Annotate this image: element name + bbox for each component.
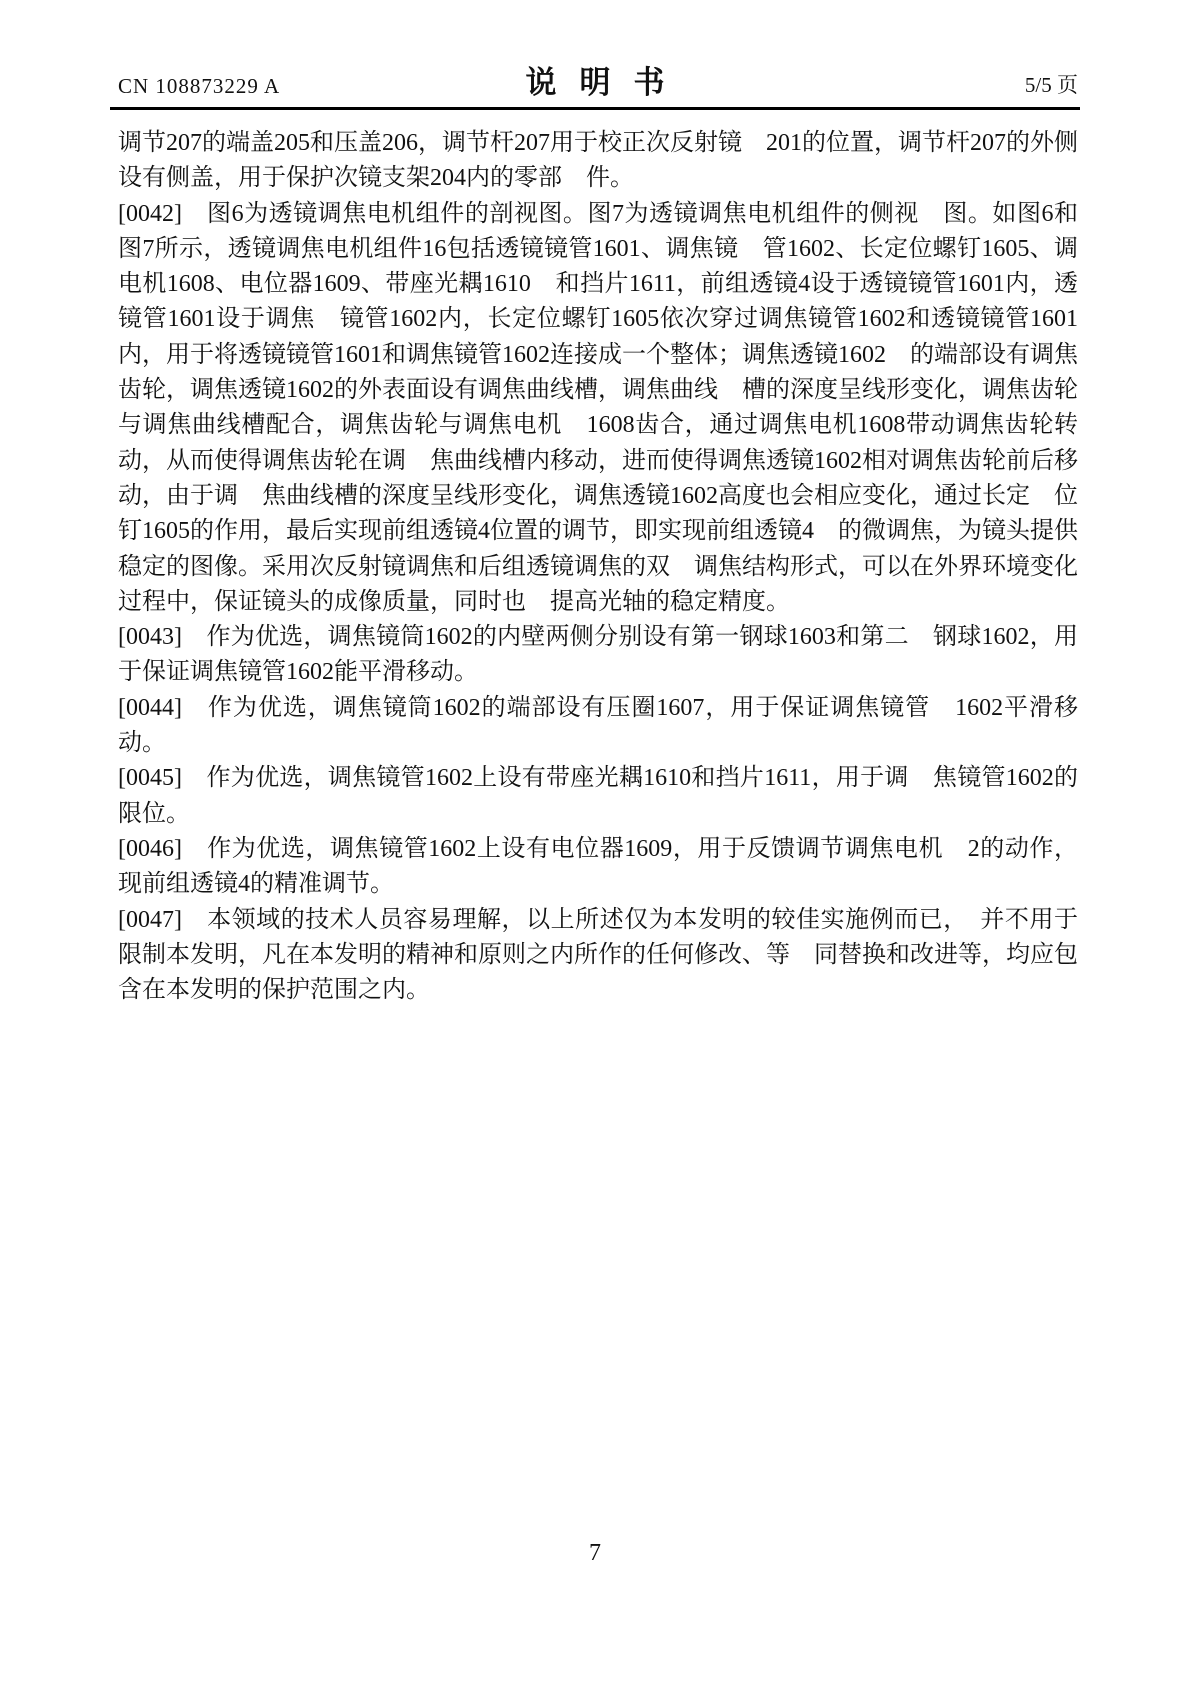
document-body: 调节207的端盖205和压盖206，调节杆207用于校正次反射镜 201的位置，… bbox=[118, 126, 1078, 1008]
text-line: 设有侧盖，用于保护次镜支架204内的零部 件。 bbox=[118, 161, 1078, 196]
page-footer: 7 bbox=[0, 1540, 1190, 1567]
text-line: 电机1608、电位器1609、带座光耦1610 和挡片1611，前组透镜4设于透… bbox=[118, 267, 1078, 302]
header-rule bbox=[110, 107, 1080, 110]
text-line: 钉1605的作用，最后实现前组透镜4位置的调节，即实现前组透镜4 的微调焦，为镜… bbox=[118, 514, 1078, 549]
text-line: [0042] 图6为透镜调焦电机组件的剖视图。图7为透镜调焦电机组件的侧视 图。… bbox=[118, 197, 1078, 232]
text-line: [0046] 作为优选，调焦镜管1602上设有电位器1609，用于反馈调节调焦电… bbox=[118, 832, 1078, 867]
paragraph-0047: [0047] 本领域的技术人员容易理解，以上所述仅为本发明的较佳实施例而已， 并… bbox=[118, 903, 1078, 1009]
text-line: 镜管1601设于调焦 镜管1602内，长定位螺钉1605依次穿过调焦镜管1602… bbox=[118, 302, 1078, 337]
text-line: 齿轮，调焦透镜1602的外表面设有调焦曲线槽，调焦曲线 槽的深度呈线形变化，调焦… bbox=[118, 373, 1078, 408]
text-line: [0044] 作为优选，调焦镜筒1602的端部设有压圈1607，用于保证调焦镜管… bbox=[118, 691, 1078, 726]
page-header: CN 108873229 A 说明书 5/5 页 bbox=[110, 60, 1080, 102]
patent-page: CN 108873229 A 说明书 5/5 页 调节207的端盖205和压盖2… bbox=[0, 0, 1190, 1684]
text-line: 现前组透镜4的精准调节。 bbox=[118, 867, 1078, 902]
text-line: 过程中，保证镜头的成像质量，同时也 提高光轴的稳定精度。 bbox=[118, 585, 1078, 620]
page-number: 7 bbox=[589, 1540, 601, 1566]
document-title: 说明书 bbox=[110, 57, 1080, 102]
paragraph-0042: [0042] 图6为透镜调焦电机组件的剖视图。图7为透镜调焦电机组件的侧视 图。… bbox=[118, 197, 1078, 621]
paragraph-0043: [0043] 作为优选，调焦镜筒1602的内壁两侧分别设有第一钢球1603和第二… bbox=[118, 620, 1078, 691]
text-line: 图7所示，透镜调焦电机组件16包括透镜镜管1601、调焦镜 管1602、长定位螺… bbox=[118, 232, 1078, 267]
text-line: 与调焦曲线槽配合，调焦齿轮与调焦电机 1608齿合，通过调焦电机1608带动调焦… bbox=[118, 408, 1078, 443]
text-line: 动。 bbox=[118, 726, 1078, 761]
paragraph-0044: [0044] 作为优选，调焦镜筒1602的端部设有压圈1607，用于保证调焦镜管… bbox=[118, 691, 1078, 762]
paragraph-0046: [0046] 作为优选，调焦镜管1602上设有电位器1609，用于反馈调节调焦电… bbox=[118, 832, 1078, 903]
text-line: 限位。 bbox=[118, 797, 1078, 832]
text-line: 含在本发明的保护范围之内。 bbox=[118, 973, 1078, 1008]
text-line: 于保证调焦镜管1602能平滑移动。 bbox=[118, 655, 1078, 690]
text-line: 调节207的端盖205和压盖206，调节杆207用于校正次反射镜 201的位置，… bbox=[118, 126, 1078, 161]
text-line: [0045] 作为优选，调焦镜管1602上设有带座光耦1610和挡片1611，用… bbox=[118, 761, 1078, 796]
text-line: 动，由于调 焦曲线槽的深度呈线形变化，调焦透镜1602高度也会相应变化，通过长定… bbox=[118, 479, 1078, 514]
text-line: [0043] 作为优选，调焦镜筒1602的内壁两侧分别设有第一钢球1603和第二… bbox=[118, 620, 1078, 655]
text-line: 限制本发明，凡在本发明的精神和原则之内所作的任何修改、等 同替换和改进等，均应包 bbox=[118, 938, 1078, 973]
text-line: [0047] 本领域的技术人员容易理解，以上所述仅为本发明的较佳实施例而已， 并… bbox=[118, 903, 1078, 938]
paragraph-continuation: 调节207的端盖205和压盖206，调节杆207用于校正次反射镜 201的位置，… bbox=[118, 126, 1078, 197]
paragraph-0045: [0045] 作为优选，调焦镜管1602上设有带座光耦1610和挡片1611，用… bbox=[118, 761, 1078, 832]
text-line: 稳定的图像。采用次反射镜调焦和后组透镜调焦的双 调焦结构形式，可以在外界环境变化 bbox=[118, 550, 1078, 585]
text-line: 动，从而使得调焦齿轮在调 焦曲线槽内移动，进而使得调焦透镜1602相对调焦齿轮前… bbox=[118, 444, 1078, 479]
sheet-indicator: 5/5 页 bbox=[1025, 69, 1078, 99]
text-line: 内，用于将透镜镜管1601和调焦镜管1602连接成一个整体；调焦透镜1602 的… bbox=[118, 338, 1078, 373]
